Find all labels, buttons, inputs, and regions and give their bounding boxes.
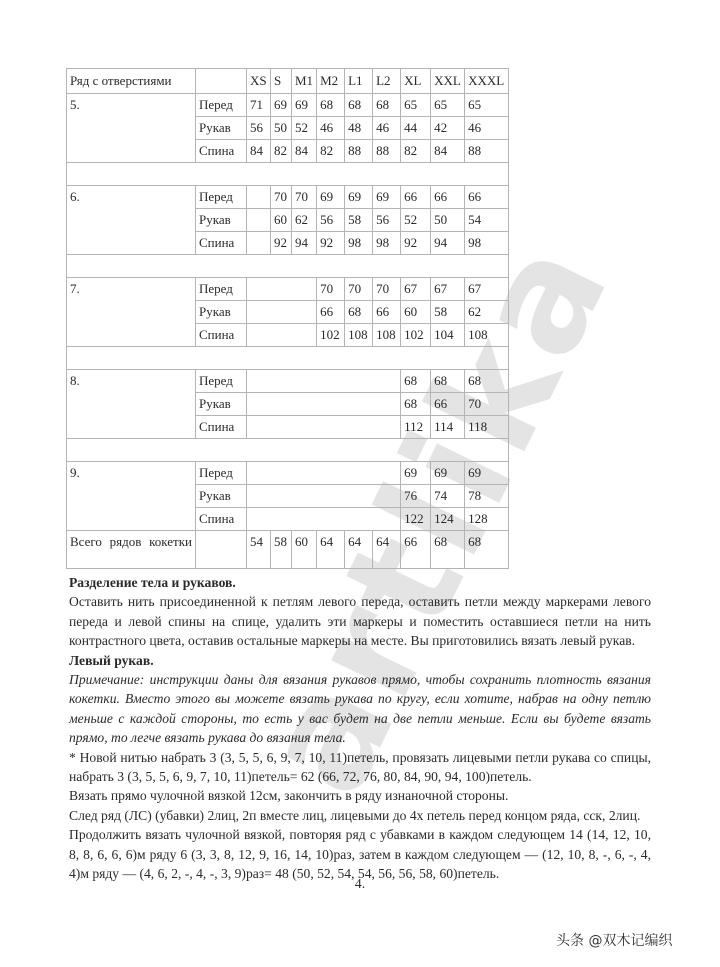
value-cell: 88	[465, 140, 509, 163]
size-header: M2	[317, 69, 345, 94]
value-cell: 50	[431, 209, 465, 232]
value-cell: 92	[317, 232, 345, 255]
size-header: XL	[401, 69, 431, 94]
value-cell: 68	[317, 94, 345, 117]
empty-cell	[247, 393, 401, 416]
empty-cell	[247, 416, 401, 439]
value-cell: 69	[401, 462, 431, 485]
part-label: Спина	[196, 140, 247, 163]
value-cell: 84	[292, 140, 317, 163]
value-cell: 44	[401, 117, 431, 140]
table-row: 5.Перед716969686868656565	[67, 94, 509, 117]
value-cell: 94	[431, 232, 465, 255]
size-header: XS	[247, 69, 271, 94]
division-text: Оставить нить присоединенной к петлям ле…	[69, 592, 651, 650]
spacer-row	[67, 255, 509, 278]
value-cell: 52	[401, 209, 431, 232]
empty-cell	[247, 324, 317, 347]
empty-cell	[247, 462, 401, 485]
value-cell: 88	[345, 140, 373, 163]
value-cell: 94	[292, 232, 317, 255]
value-cell: 102	[401, 324, 431, 347]
value-cell: 88	[373, 140, 401, 163]
value-cell: 69	[292, 94, 317, 117]
header-label: Ряд с отверстиями	[67, 69, 196, 94]
value-cell: 69	[465, 462, 509, 485]
value-cell: 74	[431, 485, 465, 508]
value-cell: 52	[292, 117, 317, 140]
total-value: 64	[373, 531, 401, 569]
value-cell: 67	[401, 278, 431, 301]
empty-cell	[247, 209, 271, 232]
value-cell: 124	[431, 508, 465, 531]
part-label: Рукав	[196, 117, 247, 140]
spacer-cell	[67, 255, 509, 278]
value-cell: 78	[465, 485, 509, 508]
value-cell: 67	[465, 278, 509, 301]
value-cell: 69	[345, 186, 373, 209]
size-header: XXXL	[465, 69, 509, 94]
value-cell: 70	[292, 186, 317, 209]
total-value: 64	[345, 531, 373, 569]
empty-cell	[247, 232, 271, 255]
instructions-body: Разделение тела и рукавов. Оставить нить…	[69, 573, 651, 884]
value-cell: 92	[401, 232, 431, 255]
table-row: 7.Перед707070676767	[67, 278, 509, 301]
value-cell: 114	[431, 416, 465, 439]
division-heading: Разделение тела и рукавов.	[69, 573, 651, 592]
value-cell: 118	[465, 416, 509, 439]
value-cell: 82	[271, 140, 292, 163]
value-cell: 70	[465, 393, 509, 416]
value-cell: 56	[247, 117, 271, 140]
part-label: Перед	[196, 278, 247, 301]
total-value: 66	[401, 531, 431, 569]
value-cell: 92	[271, 232, 292, 255]
value-cell: 46	[465, 117, 509, 140]
value-cell: 58	[345, 209, 373, 232]
part-label: Спина	[196, 508, 247, 531]
eyelet-rows-table: Ряд с отверстиямиXSSM1M2L1L2XLXXLXXXL5.П…	[66, 68, 509, 569]
value-cell: 70	[373, 278, 401, 301]
value-cell: 69	[431, 462, 465, 485]
value-cell: 76	[401, 485, 431, 508]
part-label: Перед	[196, 94, 247, 117]
spacer-cell	[67, 163, 509, 186]
value-cell: 128	[465, 508, 509, 531]
instruction-step-1: * Новой нитью набрать 3 (3, 5, 5, 6, 9, …	[69, 748, 651, 787]
value-cell: 46	[317, 117, 345, 140]
total-value: 64	[317, 531, 345, 569]
value-cell: 70	[271, 186, 292, 209]
value-cell: 68	[431, 370, 465, 393]
part-label: Перед	[196, 370, 247, 393]
total-value: 68	[465, 531, 509, 569]
header-part-blank	[196, 69, 247, 94]
value-cell: 60	[271, 209, 292, 232]
row-number: 6.	[67, 186, 196, 255]
value-cell: 98	[465, 232, 509, 255]
total-value: 58	[271, 531, 292, 569]
value-cell: 82	[317, 140, 345, 163]
part-label: Спина	[196, 416, 247, 439]
value-cell: 104	[431, 324, 465, 347]
value-cell: 68	[465, 370, 509, 393]
value-cell: 65	[431, 94, 465, 117]
value-cell: 58	[431, 301, 465, 324]
size-header: L2	[373, 69, 401, 94]
spacer-row	[67, 347, 509, 370]
total-value: 60	[292, 531, 317, 569]
value-cell: 48	[345, 117, 373, 140]
value-cell: 108	[373, 324, 401, 347]
value-cell: 71	[247, 94, 271, 117]
value-cell: 69	[373, 186, 401, 209]
value-cell: 46	[373, 117, 401, 140]
size-header: XXL	[431, 69, 465, 94]
total-label: Всего рядов кокетки	[67, 531, 196, 569]
value-cell: 98	[373, 232, 401, 255]
spacer-row	[67, 163, 509, 186]
value-cell: 98	[345, 232, 373, 255]
source-credit: 头条 @双木记编织	[556, 930, 672, 950]
value-cell: 66	[465, 186, 509, 209]
part-label: Рукав	[196, 485, 247, 508]
value-cell: 66	[431, 393, 465, 416]
value-cell: 70	[345, 278, 373, 301]
spacer-cell	[67, 347, 509, 370]
value-cell: 68	[345, 94, 373, 117]
row-number: 8.	[67, 370, 196, 439]
empty-cell	[247, 485, 401, 508]
part-label: Спина	[196, 232, 247, 255]
empty-cell	[247, 186, 271, 209]
empty-cell	[247, 508, 401, 531]
value-cell: 60	[401, 301, 431, 324]
value-cell: 69	[271, 94, 292, 117]
value-cell: 112	[401, 416, 431, 439]
size-header: M1	[292, 69, 317, 94]
value-cell: 70	[317, 278, 345, 301]
table-row: 8.Перед686868	[67, 370, 509, 393]
value-cell: 69	[317, 186, 345, 209]
value-cell: 56	[317, 209, 345, 232]
value-cell: 68	[345, 301, 373, 324]
value-cell: 102	[317, 324, 345, 347]
empty-cell	[247, 278, 317, 301]
empty-cell	[247, 301, 317, 324]
part-label: Спина	[196, 324, 247, 347]
value-cell: 62	[292, 209, 317, 232]
row-number: 5.	[67, 94, 196, 163]
value-cell: 84	[431, 140, 465, 163]
value-cell: 50	[271, 117, 292, 140]
part-label: Перед	[196, 186, 247, 209]
spacer-row	[67, 439, 509, 462]
table-row: 9.Перед696969	[67, 462, 509, 485]
row-number: 7.	[67, 278, 196, 347]
table-row: 6.Перед7070696969666666	[67, 186, 509, 209]
value-cell: 66	[373, 301, 401, 324]
instruction-step-4: Продолжить вязать чулочной вязкой, повто…	[69, 825, 651, 883]
value-cell: 84	[247, 140, 271, 163]
value-cell: 82	[401, 140, 431, 163]
part-label: Перед	[196, 462, 247, 485]
value-cell: 65	[401, 94, 431, 117]
total-value: 68	[431, 531, 465, 569]
size-header: S	[271, 69, 292, 94]
instruction-step-3: След ряд (ЛС) (убавки) 2лиц, 2п вместе л…	[69, 806, 651, 825]
value-cell: 67	[431, 278, 465, 301]
instruction-step-2: Вязать прямо чулочной вязкой 12см, закон…	[69, 786, 651, 805]
value-cell: 108	[465, 324, 509, 347]
value-cell: 68	[401, 393, 431, 416]
value-cell: 122	[401, 508, 431, 531]
total-part-blank	[196, 531, 247, 569]
total-value: 54	[247, 531, 271, 569]
empty-cell	[247, 370, 401, 393]
value-cell: 42	[431, 117, 465, 140]
total-row: Всего рядов кокетки545860646464666868	[67, 531, 509, 569]
part-label: Рукав	[196, 209, 247, 232]
value-cell: 54	[465, 209, 509, 232]
value-cell: 108	[345, 324, 373, 347]
table-header-row: Ряд с отверстиямиXSSM1M2L1L2XLXXLXXXL	[67, 69, 509, 94]
value-cell: 66	[431, 186, 465, 209]
part-label: Рукав	[196, 301, 247, 324]
row-number: 9.	[67, 462, 196, 531]
note-text: Примечание: инструкции даны для вязания …	[69, 670, 651, 748]
part-label: Рукав	[196, 393, 247, 416]
value-cell: 62	[465, 301, 509, 324]
value-cell: 66	[401, 186, 431, 209]
left-sleeve-heading: Левый рукав.	[69, 651, 651, 670]
size-header: L1	[345, 69, 373, 94]
spacer-cell	[67, 439, 509, 462]
document-page: Ряд с отверстиямиXSSM1M2L1L2XLXXLXXXL5.П…	[0, 0, 720, 967]
value-cell: 68	[401, 370, 431, 393]
value-cell: 66	[317, 301, 345, 324]
value-cell: 56	[373, 209, 401, 232]
page-number: 4.	[0, 876, 720, 892]
value-cell: 68	[373, 94, 401, 117]
value-cell: 65	[465, 94, 509, 117]
